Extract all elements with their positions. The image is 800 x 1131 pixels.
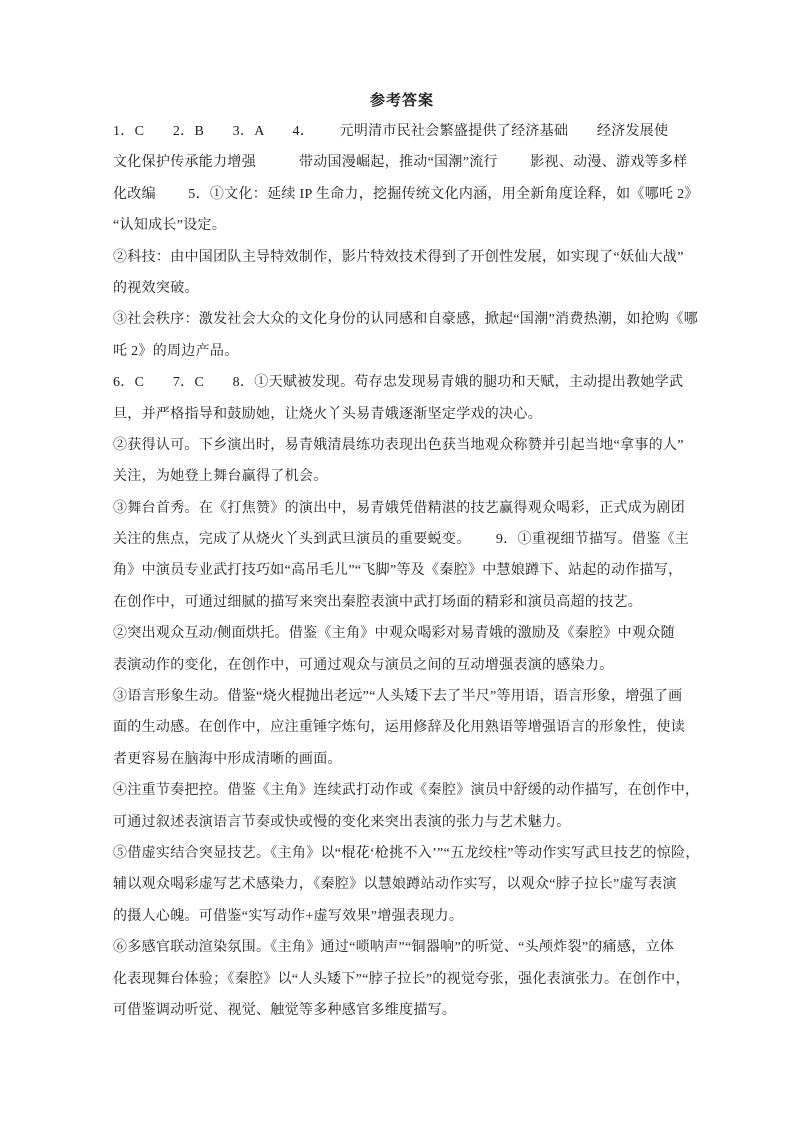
text-line: 文化保护传承能力增强 带动国漫崛起，推动“国潮”流行 影视、动漫、游戏等多样 bbox=[113, 147, 703, 178]
document-body: 1．C 2．B 3．A 4． 元明清市民社会繁盛提供了经济基础 经济发展使文化保… bbox=[113, 116, 703, 1026]
text-line: 化改编 5．①文化：延续 IP 生命力，挖掘传统文化内涵，用全新角度诠释，如《哪… bbox=[113, 179, 703, 210]
text-line: 的摄人心魄。可借鉴“实写动作+虚写效果”增强表现力。 bbox=[113, 901, 703, 932]
text-line: ②获得认可。下乡演出时，易青娥清晨练功表现出色获当地观众称赞并引起当地“拿事的人… bbox=[113, 430, 703, 461]
text-line: ②突出观众互动/侧面烘托。借鉴《主角》中观众喝彩对易青娥的激励及《秦腔》中观众随 bbox=[113, 618, 703, 649]
text-line: 辅以观众喝彩虚写艺术感染力，《秦腔》以慧娘蹲站动作实写，以观众“脖子拉长”虚写表… bbox=[113, 869, 703, 900]
text-line: 可借鉴调动听觉、视觉、触觉等多种感官多维度描写。 bbox=[113, 995, 703, 1026]
text-line: 角》中演员专业武打技巧如“高吊毛儿”“飞脚”等及《秦腔》中慧娘蹲下、站起的动作描… bbox=[113, 555, 703, 586]
text-line: 1．C 2．B 3．A 4． 元明清市民社会繁盛提供了经济基础 经济发展使 bbox=[113, 116, 703, 147]
text-line: 表演动作的变化，在创作中，可通过观众与演员之间的互动增强表演的感染力。 bbox=[113, 650, 703, 681]
page-title: 参考答案 bbox=[113, 90, 691, 112]
text-line: 关注的焦点，完成了从烧火丫头到武旦演员的重要蜕变。 9．①重视细节描写。借鉴《主 bbox=[113, 524, 703, 555]
text-line: ③社会秩序：激发社会大众的文化身份的认同感和自豪感，掀起“国潮”消费热潮，如抢购… bbox=[113, 304, 703, 335]
text-line: ⑥多感官联动渲染氛围。《主角》通过“唢呐声”“铜器响”的听觉、“头颅炸裂”的痛感… bbox=[113, 932, 703, 963]
text-line: 化表现舞台体验；《秦腔》以“人头矮下”“脖子拉长”的视觉夸张，强化表演张力。在创… bbox=[113, 964, 703, 995]
text-line: 可通过叙述表演语言节奏或快或慢的变化来突出表演的张力与艺术魅力。 bbox=[113, 807, 703, 838]
text-line: 6．C 7．C 8．①天赋被发现。苟存忠发现易青娥的腿功和天赋，主动提出教她学武 bbox=[113, 367, 703, 398]
text-line: 者更容易在脑海中形成清晰的画面。 bbox=[113, 744, 703, 775]
text-line: ④注重节奏把控。借鉴《主角》连续武打动作或《秦腔》演员中舒缓的动作描写，在创作中… bbox=[113, 775, 703, 806]
document-page: 参考答案 1．C 2．B 3．A 4． 元明清市民社会繁盛提供了经济基础 经济发… bbox=[0, 0, 800, 1131]
text-line: “认知成长”设定。 bbox=[113, 210, 703, 241]
text-line: 关注，为她登上舞台赢得了机会。 bbox=[113, 461, 703, 492]
text-line: 面的生动感。在创作中，应注重锤字炼句，运用修辞及化用熟语等增强语言的形象性，使读 bbox=[113, 712, 703, 743]
text-line: 在创作中，可通过细腻的描写来突出秦腔表演中武打场面的精彩和演员高超的技艺。 bbox=[113, 587, 703, 618]
text-line: ③语言形象生动。借鉴“烧火棍抛出老远”“人头矮下去了半尺”等用语，语言形象，增强… bbox=[113, 681, 703, 712]
text-line: 吒 2》的周边产品。 bbox=[113, 336, 703, 367]
text-line: 的视效突破。 bbox=[113, 273, 703, 304]
text-line: ⑤借虚实结合突显技艺。《主角》以“棍花‘枪挑不入’”“五龙绞柱”等动作实写武旦技… bbox=[113, 838, 703, 869]
text-line: 旦，并严格指导和鼓励她，让烧火丫头易青娥逐渐坚定学戏的决心。 bbox=[113, 399, 703, 430]
text-line: ③舞台首秀。在《打焦赞》的演出中，易青娥凭借精湛的技艺赢得观众喝彩，正式成为剧团 bbox=[113, 493, 703, 524]
text-line: ②科技：由中国团队主导特效制作，影片特效技术得到了开创性发展，如实现了“妖仙大战… bbox=[113, 242, 703, 273]
